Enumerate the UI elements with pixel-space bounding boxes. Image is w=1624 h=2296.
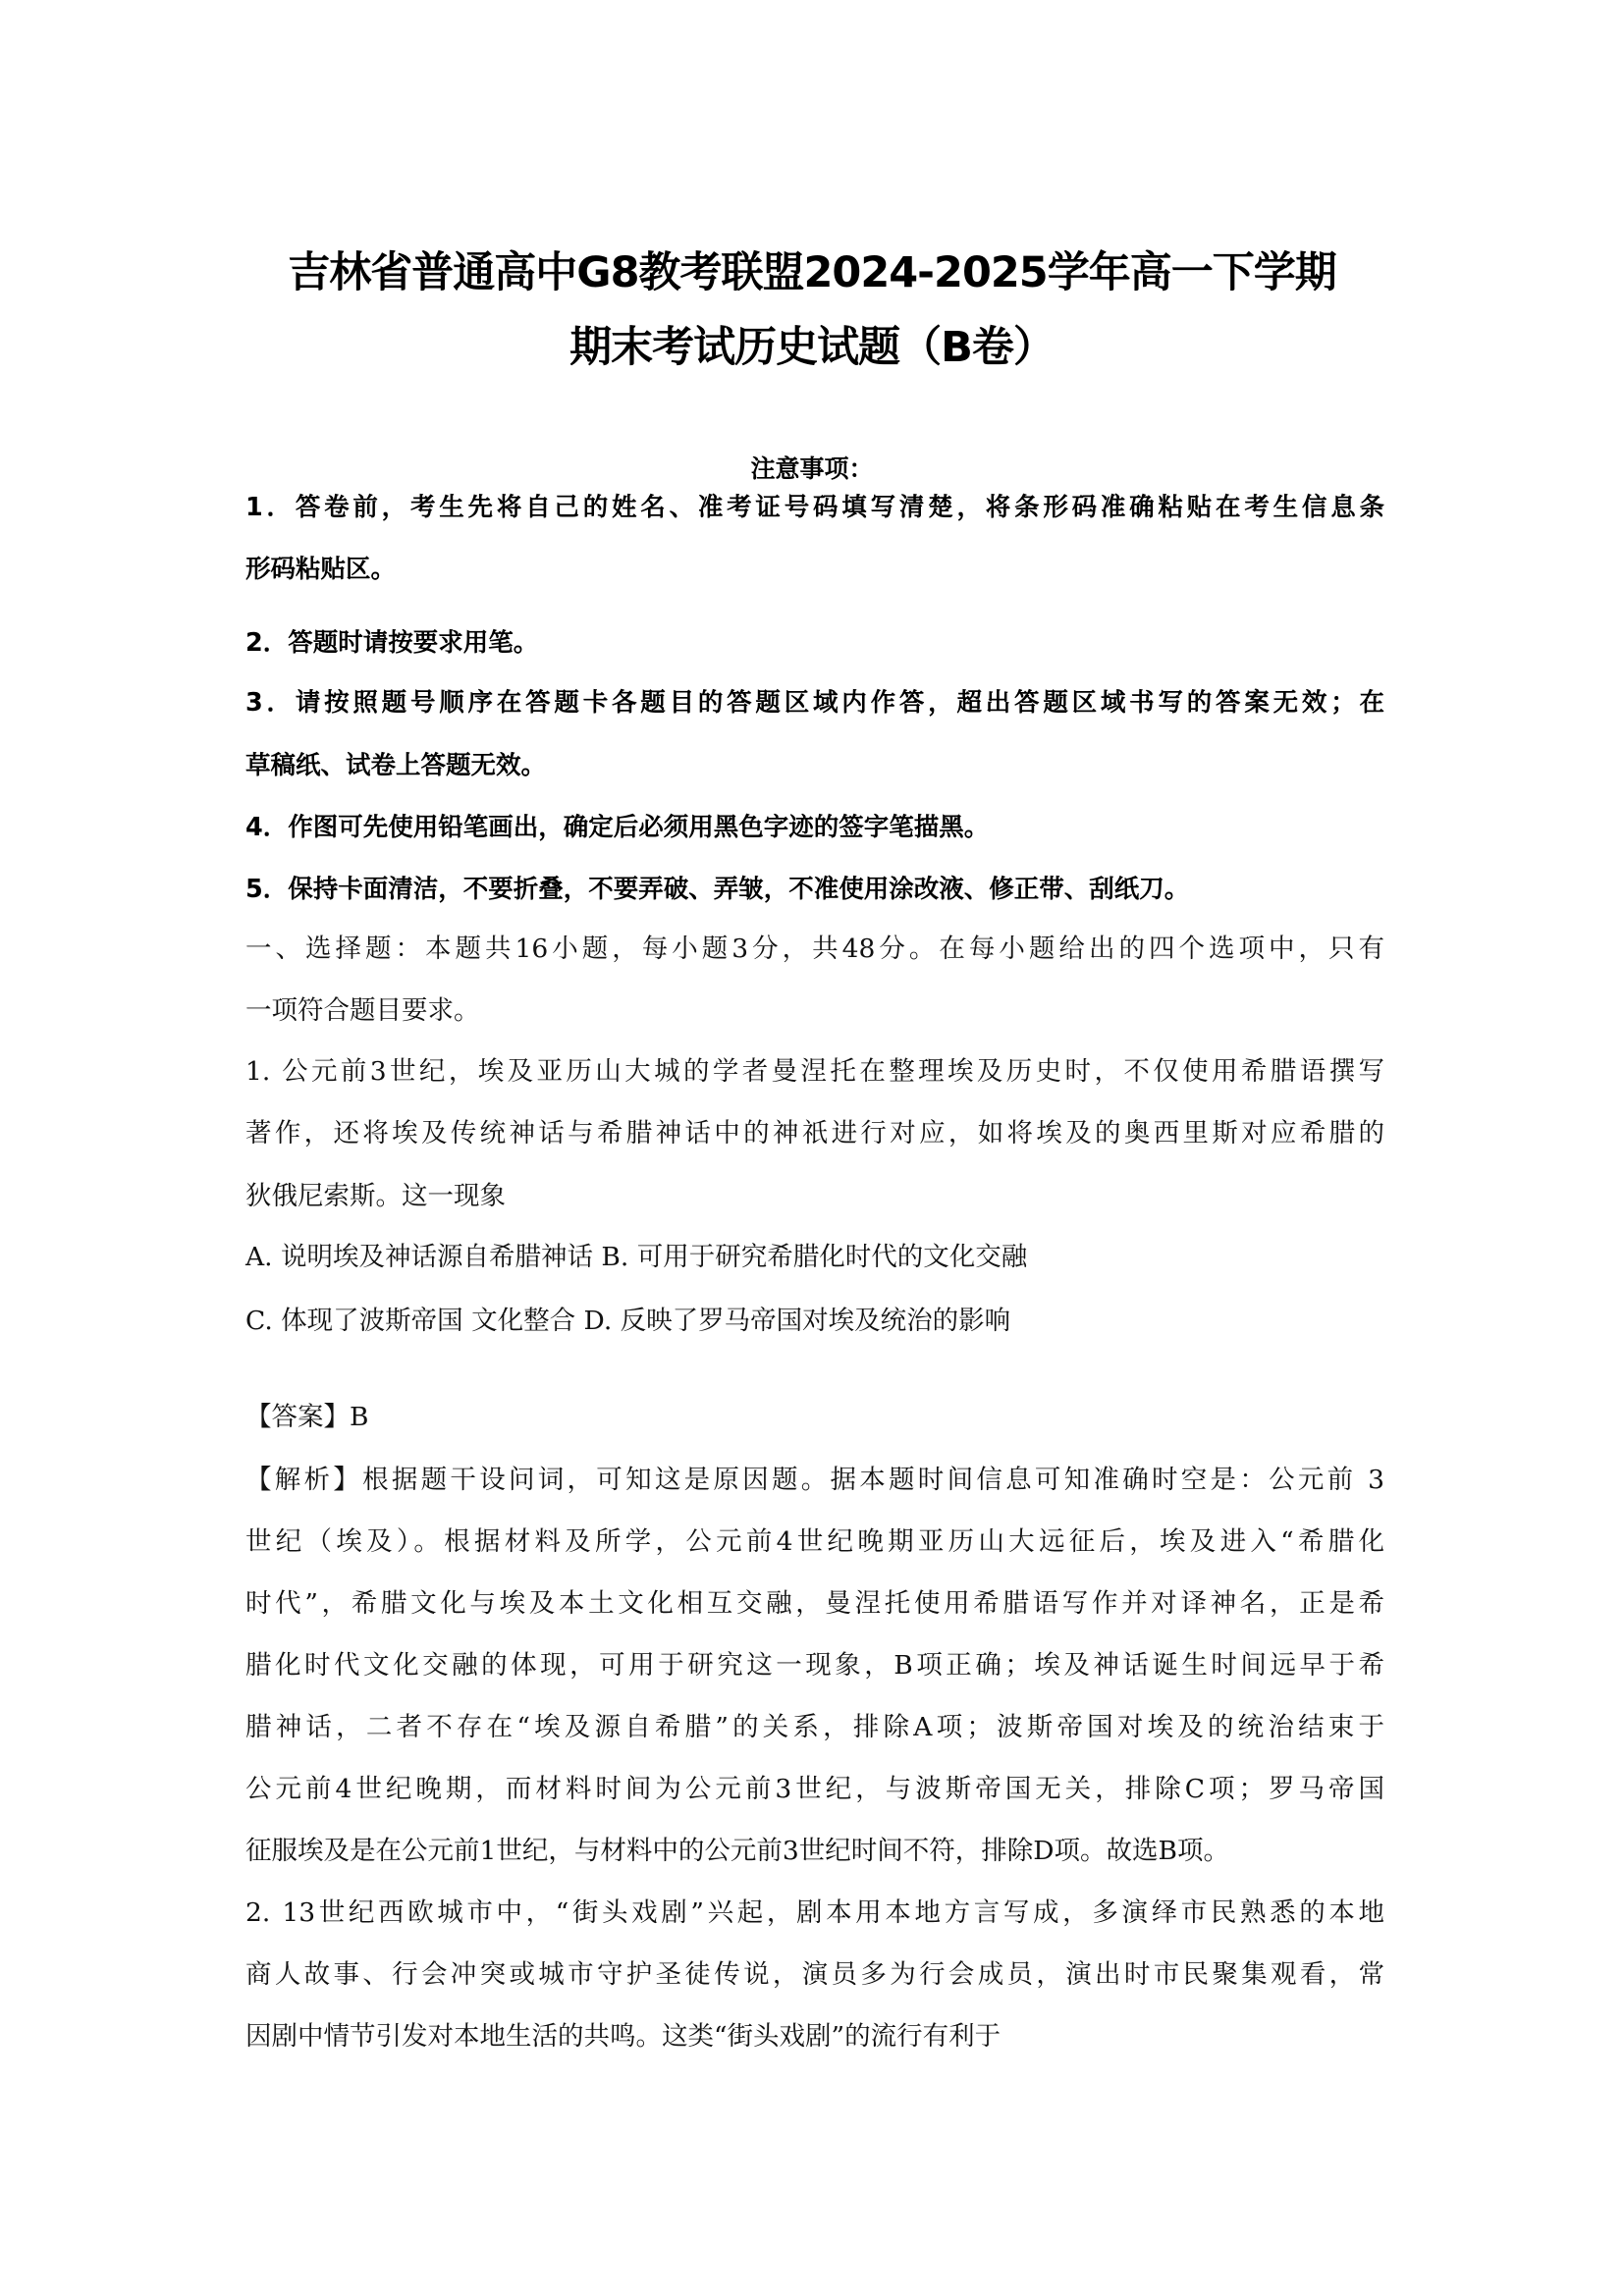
section1-instructions-line1: 一、选择题：本题共16小题，每小题3分，共48分。在每小题给出的四个选项中，只有 [245, 933, 1384, 966]
notice-item-1-line1: 1．答卷前，考生先将自己的姓名、准考证号码填写清楚，将条形码准确粘贴在考生信息条 [245, 491, 1384, 524]
question1-analysis-line7: 征服埃及是在公元前1世纪，与材料中的公元前3世纪时间不符，排除D项。故选B项。 [245, 1835, 1384, 1868]
question2-stem-line1: 2. 13世纪西欧城市中，“街头戏剧”兴起，剧本用本地方言写成，多演绎市民熟悉的… [245, 1896, 1384, 1930]
question1-stem-line2: 著作，还将埃及传统神话与希腊神话中的神祇进行对应，如将埃及的奥西里斯对应希腊的 [245, 1117, 1384, 1150]
section1-instructions-line2: 一项符合题目要求。 [245, 994, 1384, 1028]
question1-analysis-line5: 腊神话，二者不存在“埃及源自希腊”的关系，排除A项；波斯帝国对埃及的统治结束于 [245, 1711, 1384, 1744]
question1-analysis-line6: 公元前4世纪晚期，而材料时间为公元前3世纪，与波斯帝国无关，排除C项；罗马帝国 [245, 1773, 1384, 1806]
question1-options-ab: A. 说明埃及神话源自希腊神话 B. 可用于研究希腊化时代的文化交融 [245, 1241, 1384, 1274]
document-title-line1: 吉林省普通高中G8教考联盟2024-2025学年高一下学期 [0, 240, 1624, 299]
question1-analysis-line3: 时代”，希腊文化与埃及本土文化相互交融，曼涅托使用希腊语写作并对译神名，正是希 [245, 1587, 1384, 1621]
question1-stem-line1: 1. 公元前3世纪，埃及亚历山大城的学者曼涅托在整理埃及历史时，不仅使用希腊语撰… [245, 1055, 1384, 1089]
notice-item-3-line1: 3．请按照题号顺序在答题卡各题目的答题区域内作答，超出答题区域书写的答案无效；在 [245, 686, 1384, 720]
question1-options-cd: C. 体现了波斯帝国 文化整合 D. 反映了罗马帝国对埃及统治的影响 [245, 1305, 1384, 1338]
notice-item-2: 2．答题时请按要求用笔。 [245, 626, 1384, 660]
notice-heading: 注意事项： [0, 450, 1624, 485]
document-page: 吉林省普通高中G8教考联盟2024-2025学年高一下学期 期末考试历史试题（B… [0, 0, 1624, 2296]
question1-answer: 【答案】B [245, 1401, 1384, 1434]
document-title-line2: 期末考试历史试题（B卷） [0, 314, 1624, 374]
question2-stem-line2: 商人故事、行会冲突或城市守护圣徒传说，演员多为行会成员，演出时市民聚集观看，常 [245, 1958, 1384, 1992]
question2-stem-line3: 因剧中情节引发对本地生活的共鸣。这类“街头戏剧”的流行有利于 [245, 2020, 1384, 2054]
notice-item-5: 5．保持卡面清洁，不要折叠，不要弄破、弄皱，不准使用涂改液、修正带、刮纸刀。 [245, 873, 1384, 906]
notice-item-1-line2: 形码粘贴区。 [245, 553, 1384, 586]
question1-analysis-line2: 世纪（埃及）。根据材料及所学，公元前4世纪晚期亚历山大远征后，埃及进入“希腊化 [245, 1525, 1384, 1559]
question1-analysis-line4: 腊化时代文化交融的体现，可用于研究这一现象，B项正确；埃及神话诞生时间远早于希 [245, 1649, 1384, 1682]
question1-stem-line3: 狄俄尼索斯。这一现象 [245, 1180, 1384, 1213]
notice-item-3-line2: 草稿纸、试卷上答题无效。 [245, 749, 1384, 782]
notice-item-4: 4．作图可先使用铅笔画出，确定后必须用黑色字迹的签字笔描黑。 [245, 811, 1384, 844]
question1-analysis-line1: 【解析】根据题干设问词，可知这是原因题。据本题时间信息可知准确时空是：公元前 3 [245, 1464, 1384, 1497]
